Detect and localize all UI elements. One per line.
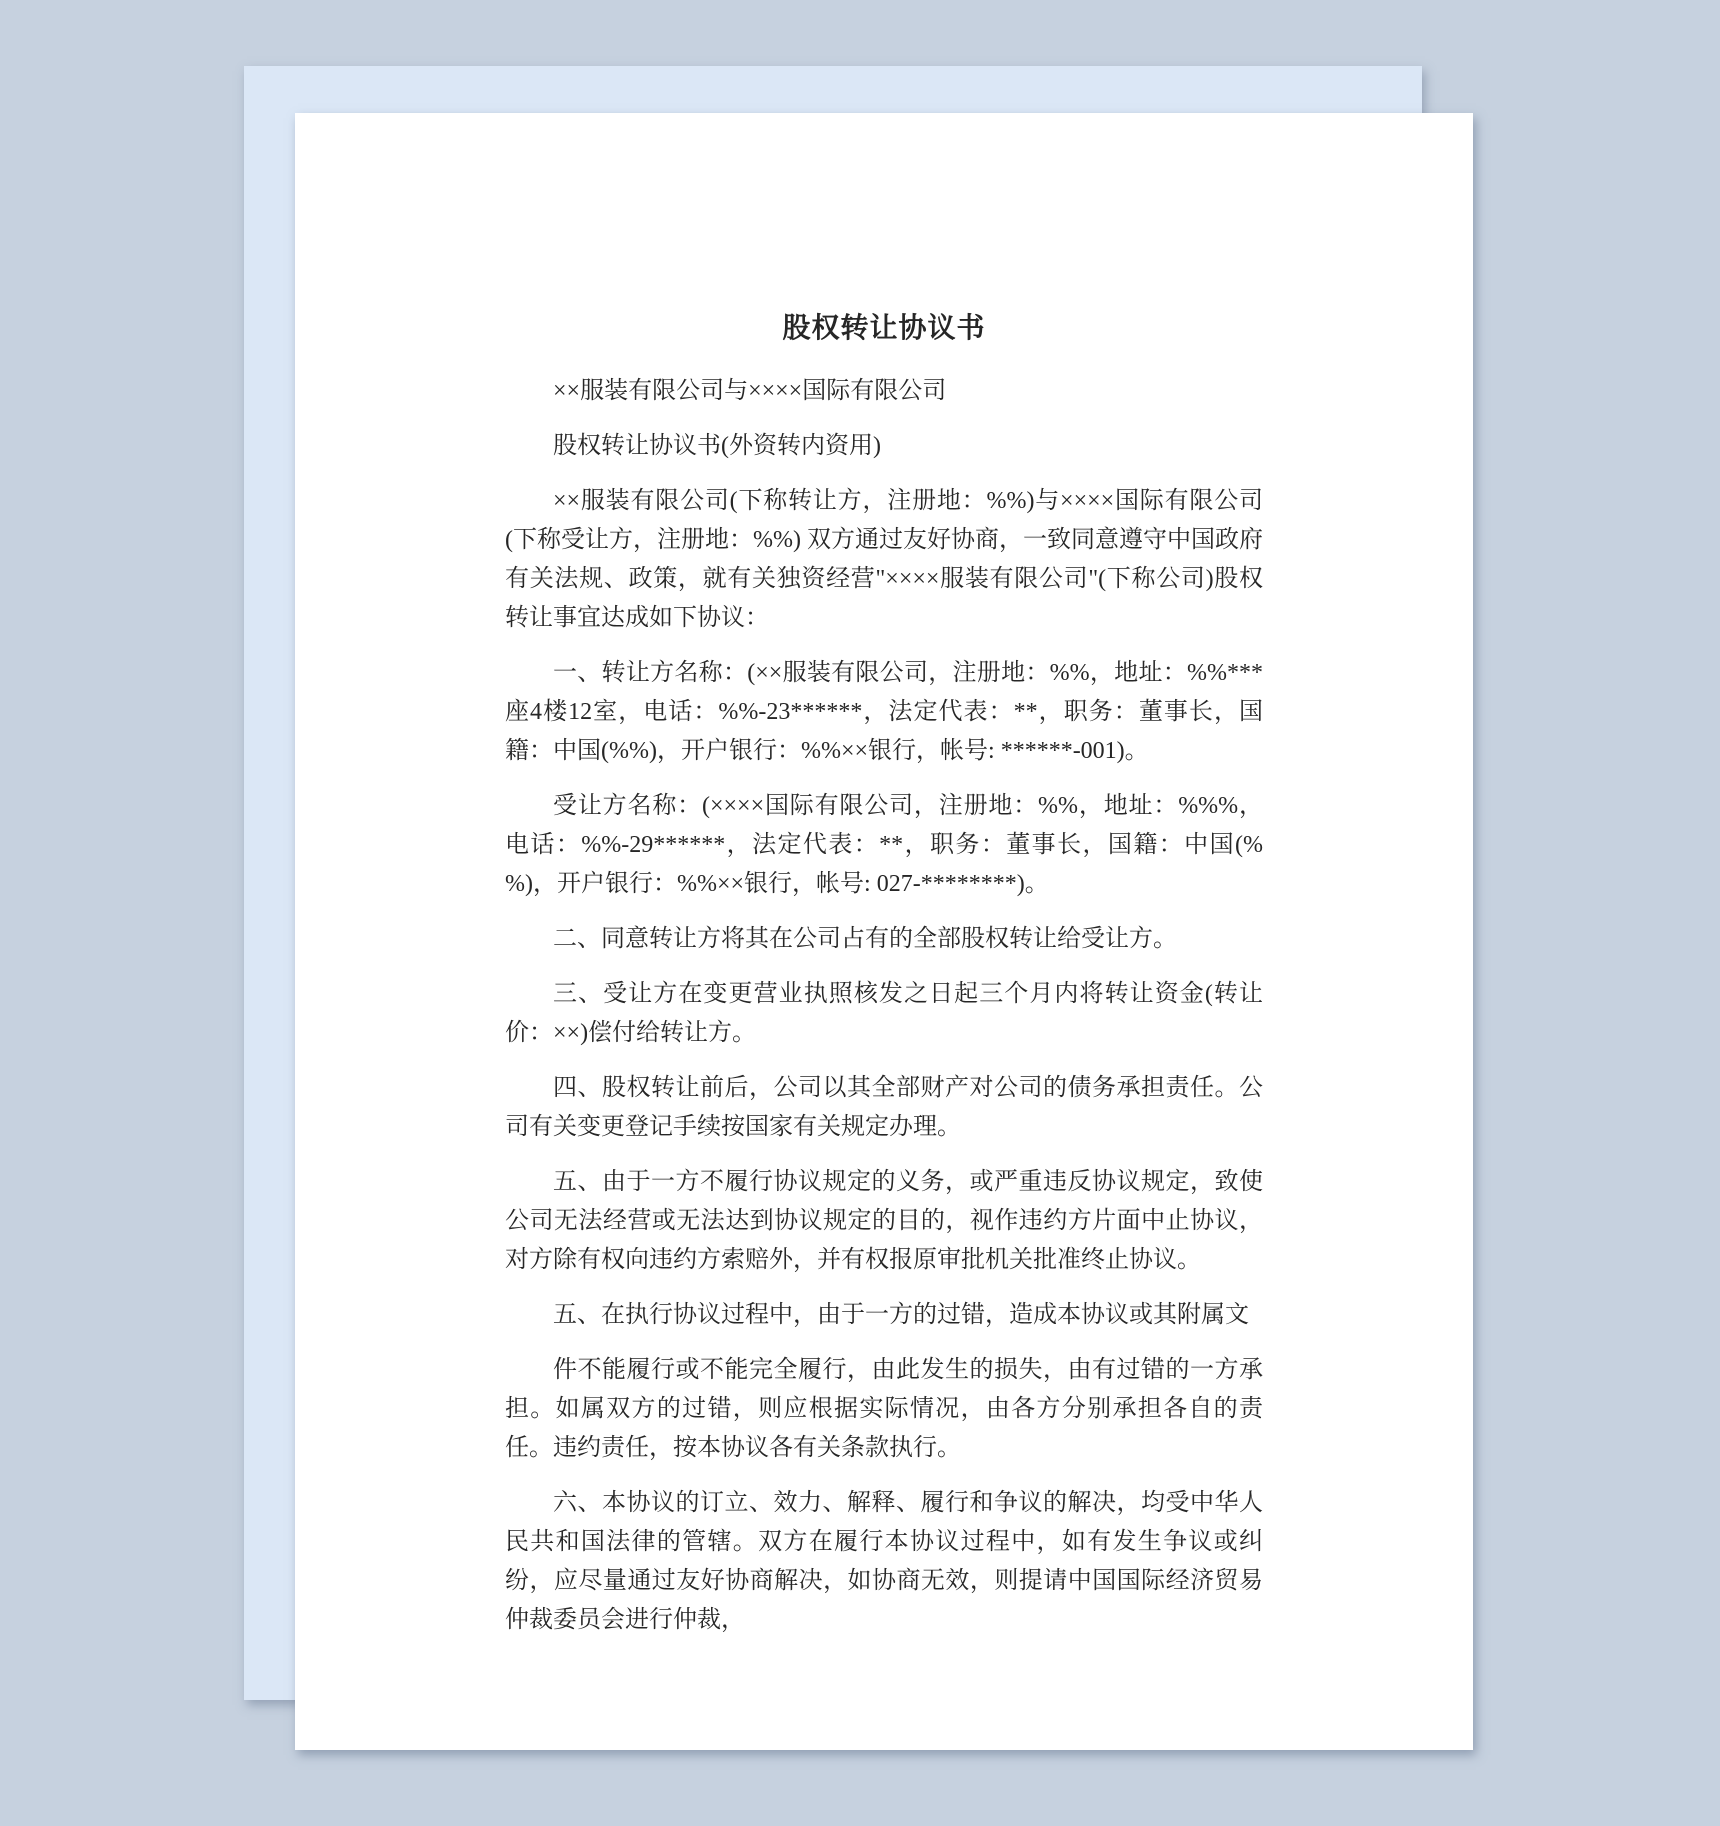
paragraph-clause-1-transferee: 受让方名称：(××××国际有限公司，注册地：%%，地址：%%%，电话：%%-29… xyxy=(505,787,1263,904)
paragraph-clause-2: 二、同意转让方将其在公司占有的全部股权转让给受让方。 xyxy=(505,920,1263,959)
paragraph-preamble: ××服装有限公司(下称转让方，注册地：%%)与××××国际有限公司(下称受让方，… xyxy=(505,482,1263,638)
paragraph-clause-1-transferor: 一、转让方名称：(××服装有限公司，注册地：%%，地址：%%***座4楼12室，… xyxy=(505,654,1263,771)
paragraph-clause-5b-continued: 件不能履行或不能完全履行，由此发生的损失，由有过错的一方承担。如属双方的过错，则… xyxy=(505,1351,1263,1468)
page-title: 股权转让协议书 xyxy=(505,312,1263,346)
paragraph-clause-4: 四、股权转让前后，公司以其全部财产对公司的债务承担责任。公司有关变更登记手续按国… xyxy=(505,1069,1263,1147)
paragraph-clause-3: 三、受让方在变更营业执照核发之日起三个月内将转让资金(转让价：××)偿付给转让方… xyxy=(505,975,1263,1053)
paragraph-clause-5: 五、由于一方不履行协议规定的义务，或严重违反协议规定，致使公司无法经营或无法达到… xyxy=(505,1163,1263,1280)
paragraph-subtitle-type: 股权转让协议书(外资转内资用) xyxy=(505,427,1263,466)
paragraph-clause-5b: 五、在执行协议过程中，由于一方的过错，造成本协议或其附属文 xyxy=(505,1296,1263,1335)
paragraph-subtitle-parties: ××服装有限公司与××××国际有限公司 xyxy=(505,372,1263,411)
document-page: 股权转让协议书 ××服装有限公司与××××国际有限公司 股权转让协议书(外资转内… xyxy=(295,113,1473,1750)
paragraph-clause-6: 六、本协议的订立、效力、解释、履行和争议的解决，均受中华人民共和国法律的管辖。双… xyxy=(505,1484,1263,1640)
